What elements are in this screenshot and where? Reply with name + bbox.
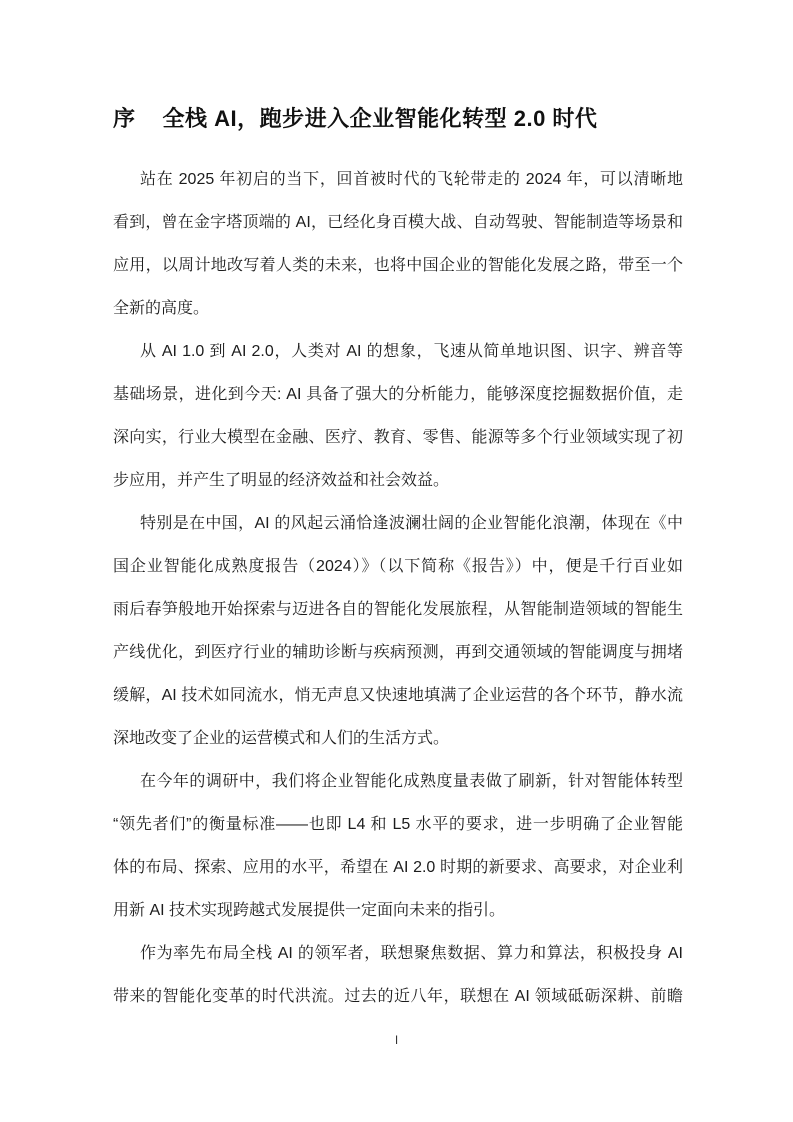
body-line: 基础场景，进化到今天: AI 具备了强大的分析能力，能够深度挖掘数据价值，走 [113, 373, 683, 416]
body-line: “领先者们”的衡量标准——也即 L4 和 L5 水平的要求，进一步明确了企业智能 [113, 803, 683, 846]
body-line: 缓解，AI 技术如同流水，悄无声息又快速地填满了企业运营的各个环节，静水流 [113, 674, 683, 717]
body-line: 应用，以周计地改写着人类的未来，也将中国企业的智能化发展之路，带至一个 [113, 244, 683, 287]
body-line: 深向实，行业大模型在金融、医疗、教育、零售、能源等多个行业领域实现了初 [113, 416, 683, 459]
body-line: 雨后春笋般地开始探索与迈进各自的智能化发展旅程，从智能制造领域的智能生 [113, 588, 683, 631]
page-title: 序全栈 AI，跑步进入企业智能化转型 2.0 时代 [113, 101, 597, 137]
body-line: 深地改变了企业的运营模式和人们的生活方式。 [113, 717, 683, 760]
body-line: 产线优化，到医疗行业的辅助诊断与疾病预测，再到交通领域的智能调度与拥堵 [113, 631, 683, 674]
title-text: 全栈 AI，跑步进入企业智能化转型 2.0 时代 [163, 106, 598, 131]
body-line: 特别是在中国，AI 的风起云涌恰逢波澜壮阔的企业智能化浪潮，体现在《中 [113, 502, 683, 545]
document-body: 站在 2025 年初启的当下，回首被时代的飞轮带走的 2024 年，可以清晰地看… [113, 158, 683, 1018]
body-line: 国企业智能化成熟度报告（2024）》（以下简称《报告》）中，便是千行百业如 [113, 545, 683, 588]
body-line: 用新 AI 技术实现跨越式发展提供一定面向未来的指引。 [113, 889, 683, 932]
body-line: 在今年的调研中，我们将企业智能化成熟度量表做了刷新，针对智能体转型 [113, 760, 683, 803]
body-line: 步应用，并产生了明显的经济效益和社会效益。 [113, 459, 683, 502]
page-number: I [0, 1032, 793, 1048]
document-page: 序全栈 AI，跑步进入企业智能化转型 2.0 时代 站在 2025 年初启的当下… [0, 0, 793, 1122]
body-line: 从 AI 1.0 到 AI 2.0，人类对 AI 的想象，飞速从简单地识图、识字… [113, 330, 683, 373]
body-line: 作为率先布局全栈 AI 的领军者，联想聚焦数据、算力和算法，积极投身 AI [113, 932, 683, 975]
body-line: 体的布局、探索、应用的水平，希望在 AI 2.0 时期的新要求、高要求，对企业利 [113, 846, 683, 889]
body-line: 全新的高度。 [113, 287, 683, 330]
title-prefix: 序 [113, 106, 136, 131]
body-line: 看到，曾在金字塔顶端的 AI，已经化身百模大战、自动驾驶、智能制造等场景和 [113, 201, 683, 244]
body-line: 站在 2025 年初启的当下，回首被时代的飞轮带走的 2024 年，可以清晰地 [113, 158, 683, 201]
body-line: 带来的智能化变革的时代洪流。过去的近八年，联想在 AI 领域砥砺深耕、前瞻 [113, 975, 683, 1018]
